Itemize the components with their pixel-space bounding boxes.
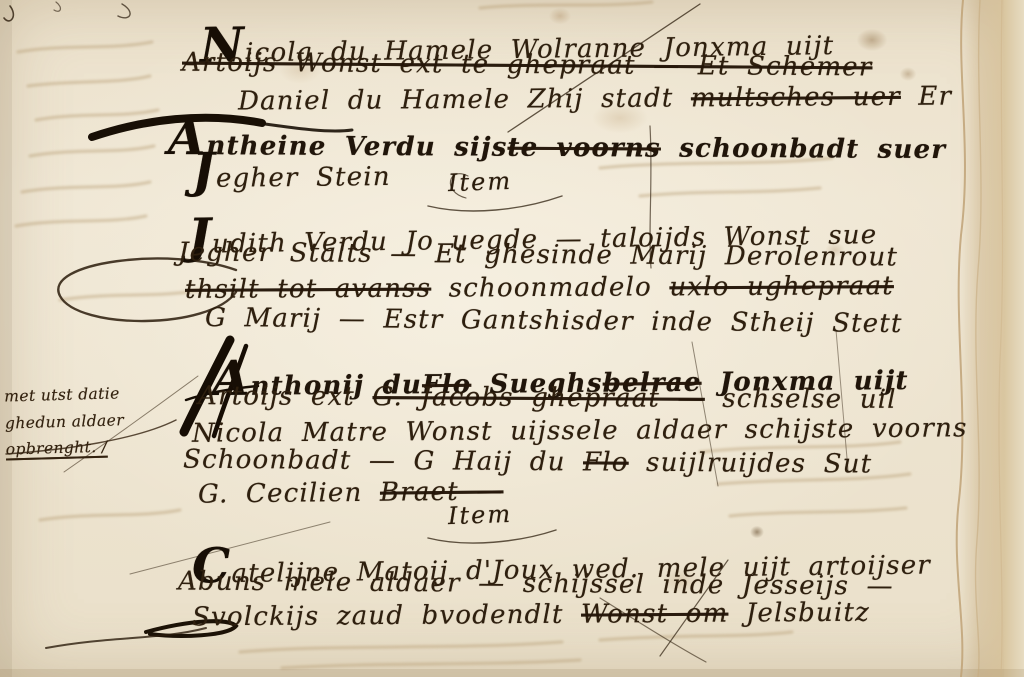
manuscript-line: Daniel du Hamele Zhij stadt multsches ue… bbox=[238, 84, 952, 115]
manuscript-line: Jegher Stein bbox=[192, 145, 391, 195]
item-label: Item bbox=[448, 167, 513, 197]
text-segment: schoonmadelo bbox=[431, 272, 669, 303]
manuscript-line: Abuns mele aldaer — schijssel inde Jesse… bbox=[178, 569, 894, 600]
struck-text-segment: thsilt tot avanss bbox=[185, 274, 431, 305]
text-segment: Svolckijs zaud bvodendlt bbox=[192, 600, 581, 633]
manuscript-line: thsilt tot avanss schoonmadelo uxlo ughe… bbox=[185, 273, 894, 303]
manuscript-line: Nicola Matre Wonst uijssele aldaer schij… bbox=[192, 415, 968, 446]
text-segment: G Marij — Estr Gantshisder inde Stheij S… bbox=[205, 303, 903, 339]
corner-mark bbox=[4, 6, 13, 21]
manuscript-line: Svolckijs zaud bvodendlt Wonst om Jelsbu… bbox=[192, 600, 870, 631]
manuscript-line: Jegher Stalts — Et ghesinde Marij Derole… bbox=[178, 239, 898, 270]
manuscript-line: Artoijs Wonst ext te ghepraat — Et Schem… bbox=[182, 50, 873, 81]
text-segment: G. Cecilien bbox=[198, 478, 380, 510]
text-segment: schoonbadt suer bbox=[661, 134, 946, 165]
struck-text-segment: te voorns bbox=[507, 133, 661, 164]
struck-text-segment: Artoijs Wonst ext te ghepraat — Et Schem… bbox=[182, 48, 873, 83]
struck-text-segment: multsches uer bbox=[691, 82, 901, 113]
struck-text-segment: Wonst om bbox=[581, 599, 729, 630]
manuscript-line: G Marij — Estr Gantshisder inde Stheij S… bbox=[205, 305, 903, 337]
text-segment: Jegher Stein bbox=[192, 145, 391, 195]
margin-note-line: opbrenght. / bbox=[5, 432, 186, 464]
text-segment: Er bbox=[901, 82, 952, 112]
torn-edge-line bbox=[976, 0, 981, 677]
struck-text-segment: uxlo ughepraat bbox=[669, 271, 894, 302]
struck-text-segment: Flo bbox=[583, 447, 629, 477]
struck-text-segment: G. Jacobs ghepraat — bbox=[372, 382, 704, 414]
margin-note: met utst datie ghedun aldaer opbrenght. … bbox=[4, 379, 186, 464]
text-segment: Abuns mele aldaer — schijssel inde Jesse… bbox=[178, 567, 894, 602]
text-segment: Jegher Stalts — Et ghesinde Marij Derole… bbox=[178, 237, 898, 272]
torn-edge-lines bbox=[957, 0, 1003, 677]
manuscript-line: Schoonbadt — G Haij du Flo suijlruijdes … bbox=[183, 447, 872, 478]
torn-edge-line bbox=[957, 0, 965, 677]
text-segment: Nicola Matre Wonst uijssele aldaer schij… bbox=[192, 413, 968, 448]
text-segment: suijlruijdes Sut bbox=[629, 448, 873, 480]
manuscript-page: Nicola du Hamele Wolranne Jonxma uijt Ar… bbox=[0, 0, 1024, 677]
text-segment: Schoonbadt — G Haij du bbox=[183, 445, 583, 478]
text-segment: Daniel du Hamele Zhij stadt bbox=[238, 83, 691, 116]
text-segment: Jelsbuitz bbox=[728, 598, 870, 629]
item-label: Item bbox=[448, 500, 513, 530]
text-segment: Artoijs ext bbox=[198, 381, 373, 412]
corner-mark bbox=[54, 2, 60, 11]
manuscript-line: Artoijs ext G. Jacobs ghepraat — schsels… bbox=[198, 383, 897, 413]
text-segment: schselse uil bbox=[705, 384, 897, 415]
item-separator: Item bbox=[448, 169, 513, 195]
item-separator: Item bbox=[448, 502, 513, 528]
corner-mark bbox=[118, 4, 130, 18]
torn-edge-line bbox=[999, 0, 1003, 677]
